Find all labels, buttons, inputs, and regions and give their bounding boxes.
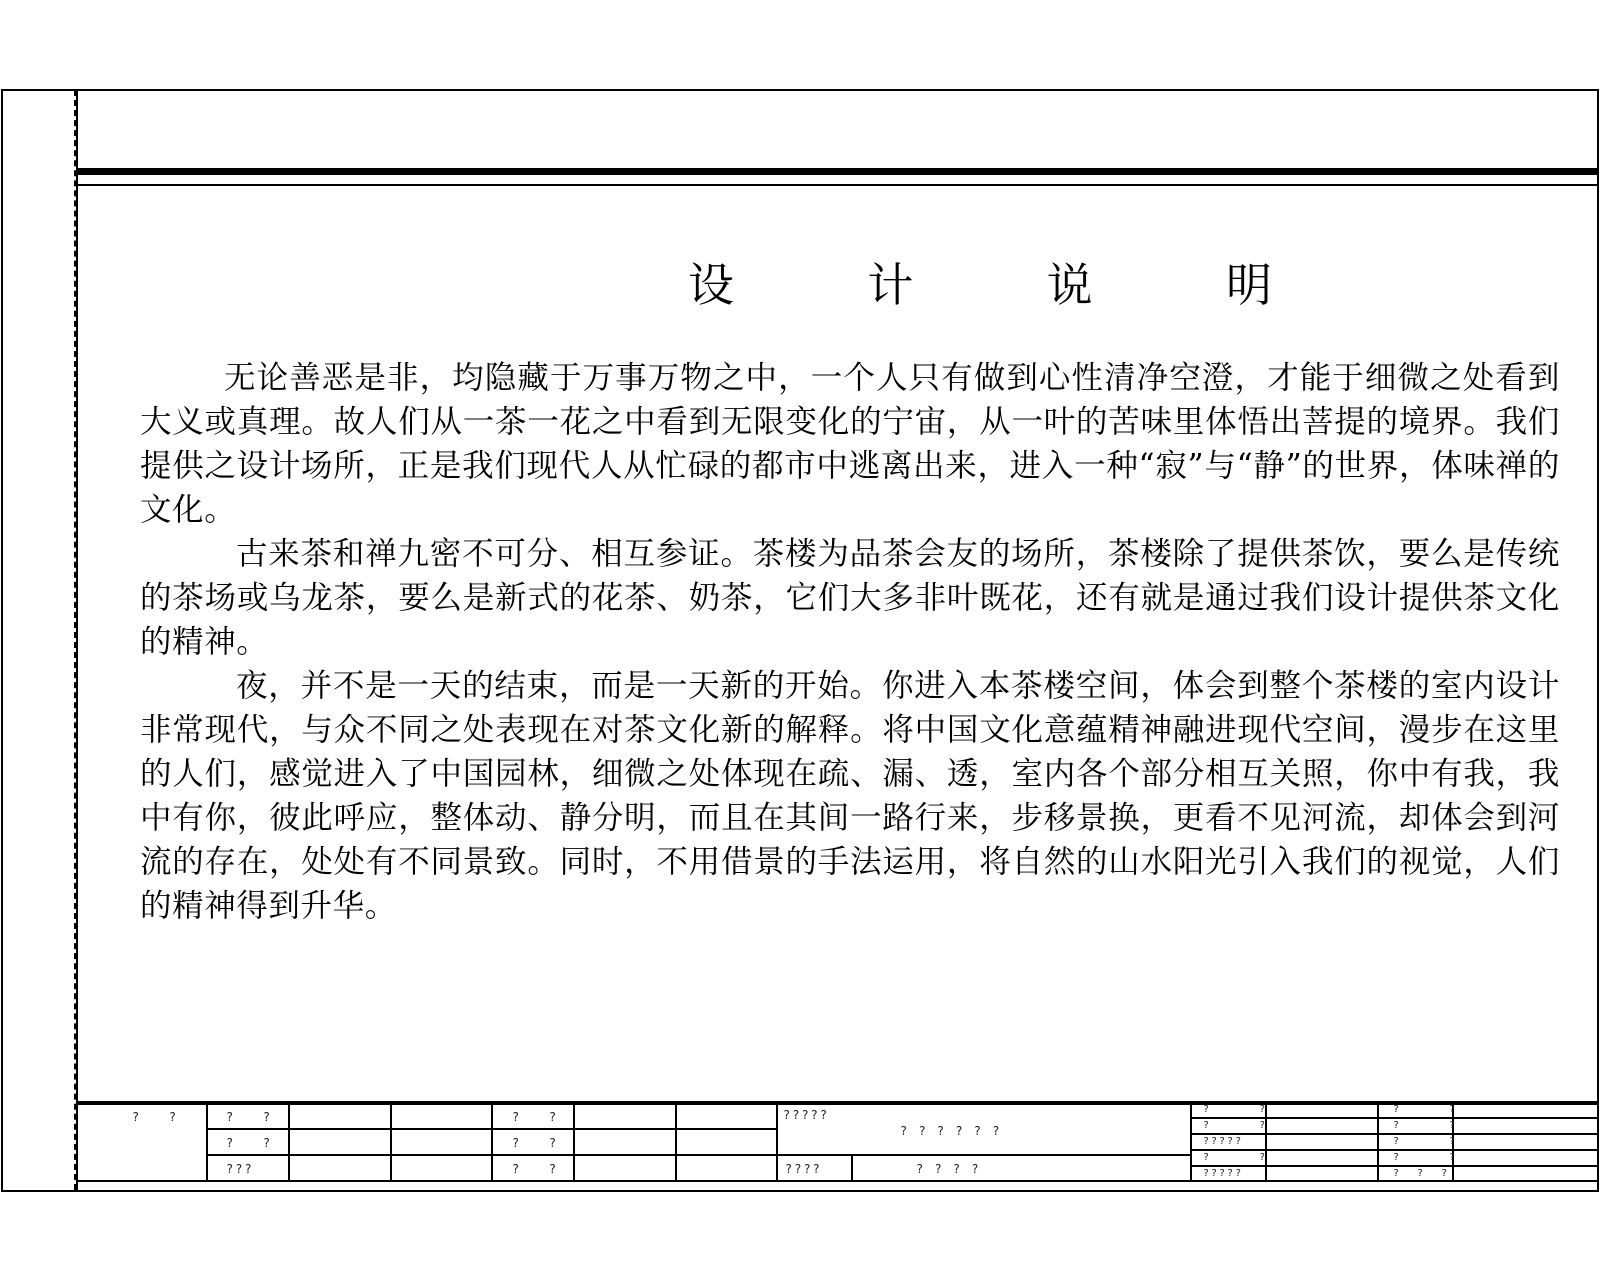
title-block-label: ? ? <box>132 1110 178 1124</box>
title-block-row-rule <box>206 1128 777 1130</box>
title-block-label: ? ? <box>512 1162 558 1176</box>
title-char: 说 <box>1047 250 1093 320</box>
title-block-label: ????? <box>1203 1168 1243 1180</box>
title-block-divider <box>675 1104 677 1181</box>
title-block-row-rule <box>1190 1149 1598 1151</box>
design-description-body: 无论善恶是非，均隐藏于万事万物之中，一个人只有做到心性清净空澄，才能于细微之处看… <box>140 356 1560 928</box>
title-char: 明 <box>1226 250 1272 320</box>
title-block-row-rule <box>1190 1165 1598 1167</box>
title-block-label: ? ? <box>1203 1104 1267 1116</box>
title-block-top-rule <box>77 1101 1598 1105</box>
paragraph: 夜，并不是一天的结束，而是一天新的开始。你进入本茶楼空间，体会到整个茶楼的室内设… <box>140 664 1560 928</box>
page-title: 设 计 说 明 <box>660 250 1300 320</box>
title-block-label: ? ? <box>1203 1152 1267 1164</box>
inner-frame-left-border <box>76 90 78 1190</box>
title-block-row-rule <box>776 1154 1191 1156</box>
title-block-label: ? ? <box>512 1110 558 1124</box>
title-block-divider <box>851 1155 853 1181</box>
header-thick-rule <box>77 168 1598 175</box>
title-block-divider <box>1190 1104 1192 1181</box>
title-block-divider <box>288 1104 290 1181</box>
title-block-label: ? ? <box>1203 1120 1267 1132</box>
title-block-row-rule <box>206 1154 777 1156</box>
title-block-label: ? ? <box>1393 1152 1457 1164</box>
title-block-divider <box>573 1104 575 1181</box>
title-block-divider <box>776 1104 778 1181</box>
title-block-divider <box>491 1104 493 1181</box>
drawing-name-label: ???? <box>785 1162 822 1176</box>
paragraph: 无论善恶是非，均隐藏于万事万物之中，一个人只有做到心性清净空澄，才能于细微之处看… <box>140 356 1560 532</box>
drawing-name-value: ? ? ? ? <box>916 1162 981 1176</box>
title-block-label: ? ? <box>1393 1120 1457 1132</box>
title-block-row-rule <box>1190 1133 1598 1135</box>
title-block-label: ????? <box>1203 1136 1243 1148</box>
header-thin-rule <box>77 184 1598 186</box>
title-block-divider <box>390 1104 392 1181</box>
title-block-label: ? ? <box>226 1110 272 1124</box>
title-block-label: ? ? <box>1393 1136 1457 1148</box>
project-name-value: ? ? ? ? ? ? <box>900 1124 1001 1138</box>
title-char: 计 <box>867 250 913 320</box>
project-name-label: ????? <box>783 1108 829 1122</box>
title-block-divider <box>1377 1104 1379 1181</box>
title-block-label: ? ? <box>226 1136 272 1150</box>
paragraph: 古来茶和禅九密不可分、相互参证。茶楼为品茶会友的场所，茶楼除了提供茶饮，要么是传… <box>140 532 1560 664</box>
title-block-divider <box>206 1104 208 1181</box>
title-block-label: ? ? <box>512 1136 558 1150</box>
title-block-label: ? ? <box>1393 1104 1457 1116</box>
title-char: 设 <box>688 250 734 320</box>
title-block-label: ??? <box>226 1162 254 1176</box>
title-block-bottom-rule <box>77 1180 1598 1182</box>
title-block-label: ? ? ? <box>1393 1168 1449 1180</box>
title-block-row-rule <box>1190 1117 1598 1119</box>
